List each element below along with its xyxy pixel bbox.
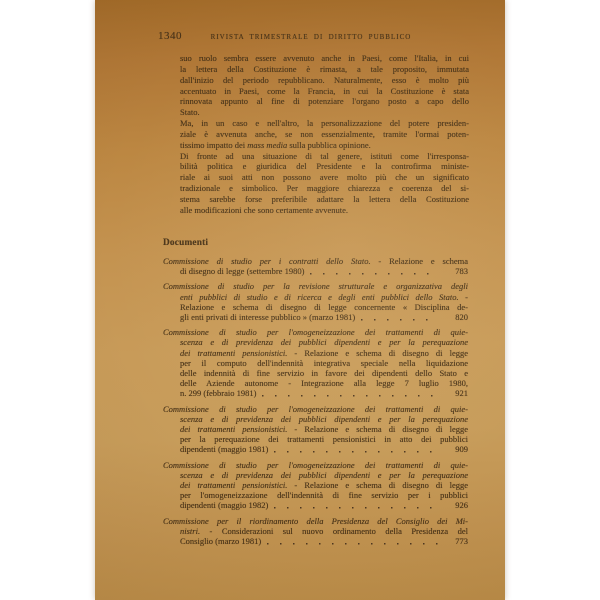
text-segment: la lettera della Costituzione è rimasta,…: [180, 64, 469, 74]
page-number: 1340: [158, 30, 182, 42]
text-line: alle modificazioni che sono certamente a…: [180, 205, 469, 216]
text-line: gli enti privati di interesse pubblico »…: [163, 312, 468, 322]
toc-entry: Commissione di studio per la revisione s…: [163, 281, 468, 322]
text-line: ziale è avvenuta anche, se non essenzial…: [180, 129, 469, 140]
italic-text-segment: Commissione di studio per l'omogeneizzaz…: [163, 460, 468, 470]
entry-page-number: 820: [446, 312, 468, 322]
italic-text-segment: mass media: [247, 140, 287, 150]
body-paragraphs: suo ruolo sembra essere avvenuto anche i…: [180, 53, 469, 216]
text-line: bilità politica e giuridica del Presiden…: [180, 161, 469, 172]
text-line: Ma, in un caso e nell'altro, la personal…: [180, 118, 469, 129]
text-line: tradizionale e simbolico. Per maggiore c…: [180, 183, 469, 194]
dot-leader: [274, 500, 439, 510]
text-segment: alle modificazioni che sono certamente a…: [180, 205, 348, 215]
text-line: suo ruolo sembra essere avvenuto anche i…: [180, 53, 469, 64]
entry-page-number: 783: [446, 266, 468, 276]
italic-text-segment: scenza e di previdenza dei pubblici dipe…: [180, 470, 468, 480]
text-line: stema sarebbe forse preferibile adattare…: [180, 194, 469, 205]
text-segment: gli enti privati di interesse pubblico »…: [180, 312, 355, 322]
text-line: Commissione di studio per la revisione s…: [163, 281, 468, 291]
text-segment: tissimo impatto dei: [180, 140, 247, 150]
italic-text-segment: dei trattamenti pensionistici.: [180, 348, 287, 358]
text-line: per il computo dell'indennità integrativ…: [163, 358, 468, 368]
text-line: di disegno di legge (settembre 1980)783: [163, 266, 468, 276]
italic-text-segment: Commissione di studio per l'omogeneizzaz…: [163, 404, 468, 414]
text-line: dei trattamenti pensionistici. - Relazio…: [163, 348, 468, 358]
text-line: nistri. - Considerazioni sul nuovo ordin…: [163, 526, 468, 536]
text-segment: per l'omogeneizzazione dell'indennità di…: [180, 490, 468, 500]
entry-page-number: 773: [446, 536, 468, 546]
toc-entry: Commissione di studio per l'omogeneizzaz…: [163, 404, 468, 455]
text-line: enti pubblici di studio e di ricerca e d…: [163, 292, 468, 302]
italic-text-segment: Commissione di studio per i contratti de…: [163, 256, 371, 266]
toc-entry: Commissione di studio per i contratti de…: [163, 256, 468, 276]
text-segment: Consiglio (marzo 1981): [180, 536, 261, 546]
text-line: Di fronte ad una situazione di tal gener…: [180, 151, 469, 162]
text-segment: per la perequazione dei trattamenti pens…: [180, 434, 468, 444]
italic-text-segment: scenza e di previdenza dei pubblici dipe…: [180, 414, 468, 424]
documents-entries: Commissione di studio per i contratti de…: [163, 256, 468, 551]
text-segment: suo ruolo sembra essere avvenuto anche i…: [180, 53, 469, 63]
text-segment: delle Aziende autonome - Integrazione al…: [180, 378, 468, 388]
text-segment: per il computo dell'indennità integrativ…: [180, 358, 468, 368]
text-segment: Ma, in un caso e nell'altro, la personal…: [180, 118, 469, 128]
text-segment: bilità politica e giuridica del Presiden…: [180, 161, 469, 171]
text-line: Commissione di studio per l'omogeneizzaz…: [163, 327, 468, 337]
text-line: scenza e di previdenza dei pubblici dipe…: [163, 337, 468, 347]
text-segment-group: Consiglio (marzo 1981): [180, 536, 261, 546]
text-line: n. 299 (febbraio 1981)921: [163, 388, 468, 398]
dot-leader: [361, 312, 439, 322]
entry-page-number: 921: [446, 388, 468, 398]
text-segment: riale ai suoi atti non possono avere mol…: [180, 172, 469, 182]
text-line: scenza e di previdenza dei pubblici dipe…: [163, 470, 468, 480]
entry-page-number: 909: [446, 444, 468, 454]
text-segment: dipendenti (maggio 1981): [180, 444, 268, 454]
text-line: scenza e di previdenza dei pubblici dipe…: [163, 414, 468, 424]
text-segment: - Relazione e schema di disegno di legge: [287, 480, 468, 490]
italic-text-segment: Commissione per il riordinamento della P…: [163, 516, 468, 526]
text-segment: Relazione e schema di disegno di legge c…: [180, 302, 468, 312]
text-segment: n. 299 (febbraio 1981): [180, 388, 256, 398]
documents-heading: Documenti: [163, 238, 208, 248]
text-segment: rinnovata appunto al fine di potenziare …: [180, 96, 469, 106]
text-line: la lettera della Costituzione è rimasta,…: [180, 64, 469, 75]
dot-leader: [310, 266, 439, 276]
italic-text-segment: Commissione di studio per la revisione s…: [163, 281, 468, 291]
text-segment: sulla pubblica opinione.: [287, 140, 371, 150]
text-segment: delle indennità di fine servizio in favo…: [180, 368, 468, 378]
dot-leader: [262, 388, 439, 398]
text-line: dipendenti (maggio 1981)909: [163, 444, 468, 454]
text-segment: dipendenti (maggio 1982): [180, 500, 268, 510]
text-line: rinnovata appunto al fine di potenziare …: [180, 96, 469, 107]
text-line: delle indennità di fine servizio in favo…: [163, 368, 468, 378]
text-line: dei trattamenti pensionistici. - Relazio…: [163, 480, 468, 490]
toc-entry: Commissione per il riordinamento della P…: [163, 516, 468, 547]
text-line: per l'omogeneizzazione dell'indennità di…: [163, 490, 468, 500]
text-segment-group: gli enti privati di interesse pubblico »…: [180, 312, 355, 322]
text-line: Commissione di studio per l'omogeneizzaz…: [163, 460, 468, 470]
text-segment: - Relazione e schema di disegno di legge: [287, 348, 468, 358]
text-line: dipendenti (maggio 1982)926: [163, 500, 468, 510]
text-segment: accentuato in Paesi, come la Francia, in…: [180, 86, 469, 96]
text-segment-group: dipendenti (maggio 1982): [180, 500, 268, 510]
text-line: delle Aziende autonome - Integrazione al…: [163, 378, 468, 388]
text-segment-group: di disegno di legge (settembre 1980): [180, 266, 304, 276]
text-segment: Di fronte ad una situazione di tal gener…: [180, 151, 469, 161]
text-line: tissimo impatto dei mass media sulla pub…: [180, 140, 469, 151]
text-segment-group: n. 299 (febbraio 1981): [180, 388, 256, 398]
text-line: riale ai suoi atti non possono avere mol…: [180, 172, 469, 183]
text-line: Commissione per il riordinamento della P…: [163, 516, 468, 526]
italic-text-segment: nistri.: [180, 526, 200, 536]
dot-leader: [267, 536, 439, 546]
text-line: dall'inizio del periodo repubblicano. Na…: [180, 75, 469, 86]
entry-page-number: 926: [446, 500, 468, 510]
text-line: Commissione di studio per i contratti de…: [163, 256, 468, 266]
text-line: Commissione di studio per l'omogeneizzaz…: [163, 404, 468, 414]
journal-title: RIVISTA TRIMESTRALE DI DIRITTO PUBBLICO: [203, 33, 419, 41]
text-segment: ziale è avvenuta anche, se non essenzial…: [180, 129, 469, 139]
text-line: Stato.: [180, 107, 469, 118]
toc-entry: Commissione di studio per l'omogeneizzaz…: [163, 460, 468, 511]
text-segment: Stato.: [180, 107, 200, 117]
text-segment-group: dipendenti (maggio 1981): [180, 444, 268, 454]
text-line: accentuato in Paesi, come la Francia, in…: [180, 86, 469, 97]
text-segment: di disegno di legge (settembre 1980): [180, 266, 304, 276]
screenshot-background: 1340 RIVISTA TRIMESTRALE DI DIRITTO PUBB…: [0, 0, 600, 600]
book-page-photo: 1340 RIVISTA TRIMESTRALE DI DIRITTO PUBB…: [95, 0, 505, 600]
text-segment: - Relazione e schema di disegno di legge: [287, 424, 468, 434]
text-segment: - Relazione e schema: [371, 256, 468, 266]
dot-leader: [274, 444, 439, 454]
toc-entry: Commissione di studio per l'omogeneizzaz…: [163, 327, 468, 398]
italic-text-segment: dei trattamenti pensionistici.: [180, 480, 287, 490]
italic-text-segment: dei trattamenti pensionistici.: [180, 424, 287, 434]
italic-text-segment: enti pubblici di studio e di ricerca e d…: [180, 292, 468, 302]
text-segment: dall'inizio del periodo repubblicano. Na…: [180, 75, 469, 85]
text-line: dei trattamenti pensionistici. - Relazio…: [163, 424, 468, 434]
text-line: Consiglio (marzo 1981)773: [163, 536, 468, 546]
text-segment: stema sarebbe forse preferibile adattare…: [180, 194, 469, 204]
text-line: Relazione e schema di disegno di legge c…: [163, 302, 468, 312]
italic-text-segment: scenza e di previdenza dei pubblici dipe…: [180, 337, 468, 347]
text-segment: - Considerazioni sul nuovo ordinamento d…: [200, 526, 468, 536]
italic-text-segment: Commissione di studio per l'omogeneizzaz…: [163, 327, 468, 337]
text-line: per la perequazione dei trattamenti pens…: [163, 434, 468, 444]
text-segment: tradizionale e simbolico. Per maggiore c…: [180, 183, 469, 193]
